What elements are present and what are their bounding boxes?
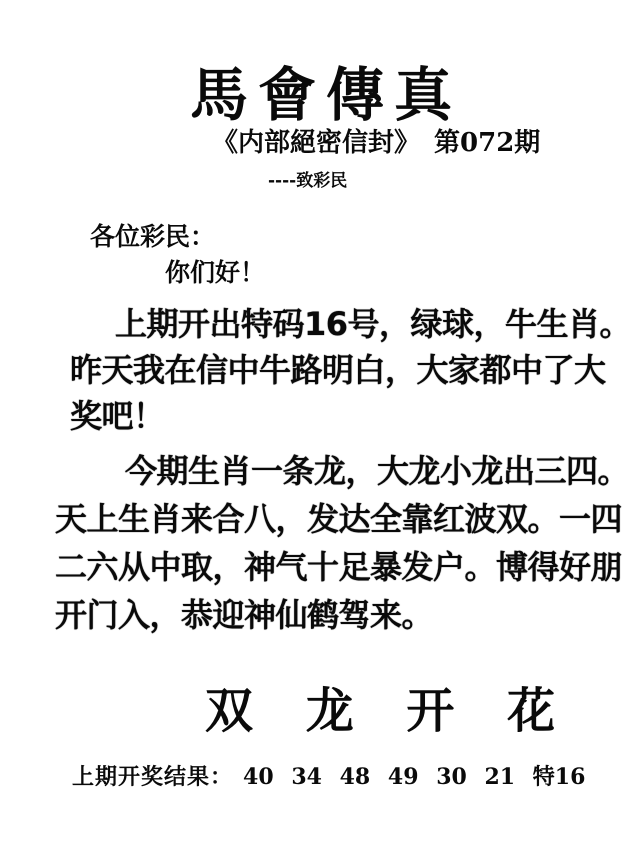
motto: 双 龙 开 花 xyxy=(205,672,573,741)
issue-number: 第072期 xyxy=(434,128,540,158)
results-label: 上期开奖结果： xyxy=(72,764,233,790)
paragraph-2-line-1: 今期生肖一条龙，大龙小龙出三四。 xyxy=(125,449,629,493)
paragraph-2-line-3: 二六从中取，神气十足暴发户。博得好朋 xyxy=(55,545,622,589)
salutation: 各位彩民： xyxy=(90,217,215,253)
paragraph-2-line-4: 开门入，恭迎神仙鹤驾来。 xyxy=(55,593,433,637)
special-number: 特16 xyxy=(533,764,586,790)
paragraph-1-line-1: 上期开出特码16号，绿球，牛生肖。 xyxy=(115,302,631,346)
result-number: 21 xyxy=(485,764,516,790)
paragraph-1-line-3: 奖吧！ xyxy=(70,394,165,438)
subtitle-label: 《内部絕密信封》 xyxy=(212,128,420,158)
previous-results: 上期开奖结果：40 34 48 49 30 21 特16 xyxy=(72,760,585,791)
result-number: 48 xyxy=(340,764,371,790)
paragraph-2-line-2: 天上生肖来合八，发达全靠红波双。一四 xyxy=(55,497,622,541)
paragraph-1-line-2: 昨天我在信中牛路明白，大家都中了大 xyxy=(70,348,606,392)
page-title: 馬會傳真 xyxy=(190,48,462,132)
result-number: 40 xyxy=(243,764,274,790)
result-number: 49 xyxy=(388,764,419,790)
dedication: ----致彩民 xyxy=(268,166,347,191)
result-number: 30 xyxy=(436,764,467,790)
greeting: 你们好！ xyxy=(165,253,265,289)
result-number: 34 xyxy=(291,764,322,790)
subtitle-line: 《内部絕密信封》第072期 xyxy=(212,122,540,159)
